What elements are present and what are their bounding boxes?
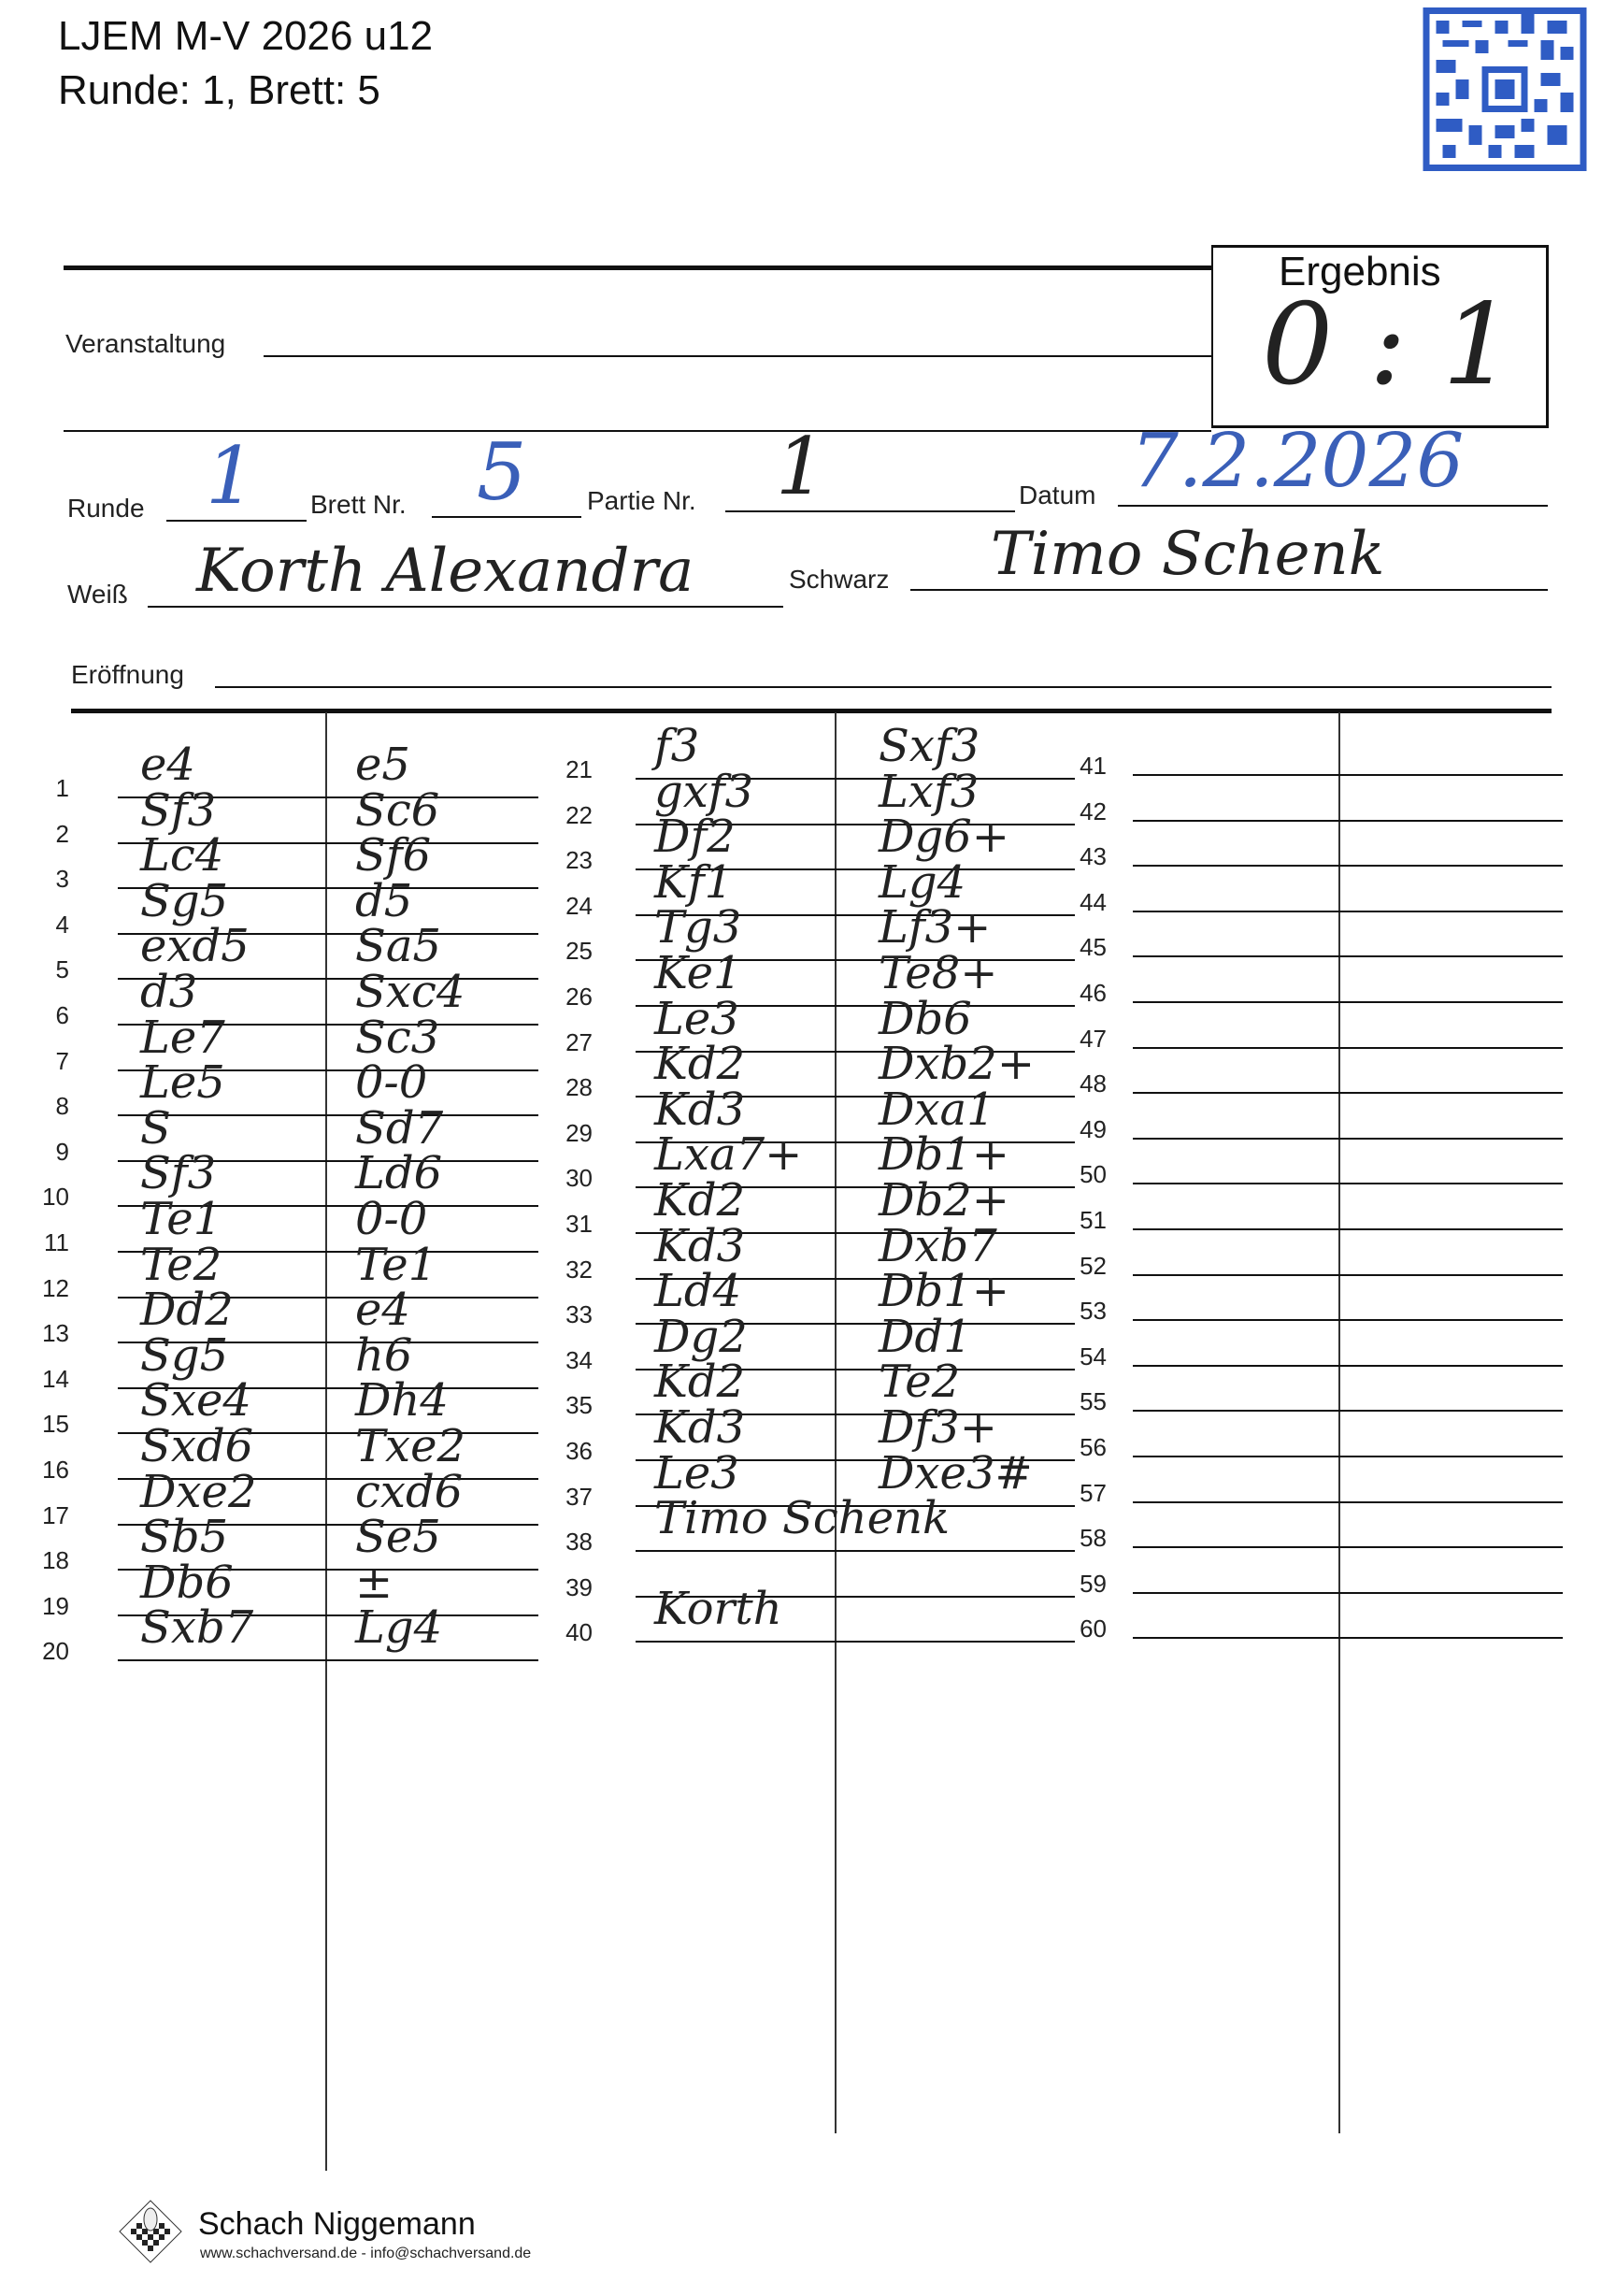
white-move[interactable]: Ld4 [654,1265,741,1317]
white-move[interactable]: Sxd6 [140,1420,253,1472]
white-move[interactable]: Lc4 [140,829,223,882]
black-move[interactable]: Te2 [879,1356,960,1408]
black-move[interactable]: Sf6 [355,829,431,882]
white-move[interactable]: Sxb7 [140,1601,253,1654]
col-sep-2 [835,712,837,2133]
black-move[interactable]: e5 [355,739,410,791]
black-move[interactable]: Sc3 [355,1012,439,1064]
move-number: 21 [551,755,593,784]
runde-label: Runde [67,494,145,524]
move-number: 23 [551,846,593,875]
move-row-line[interactable] [1133,1228,1563,1230]
veranstaltung-field[interactable] [264,355,1211,357]
white-move[interactable]: gxf3 [654,766,753,818]
move-number: 20 [28,1637,69,1666]
move-number: 32 [551,1256,593,1284]
white-move[interactable]: Sg5 [140,875,228,927]
move-number: 26 [551,983,593,1012]
black-move[interactable]: Db6 [879,993,972,1045]
move-row-line[interactable] [1133,1319,1563,1321]
brett-label: Brett Nr. [310,490,407,520]
move-number: 40 [551,1618,593,1647]
white-move[interactable]: Dg2 [654,1311,748,1363]
move-row-line[interactable] [636,1641,1075,1643]
move-number: 42 [1066,797,1107,826]
black-move[interactable]: Dd1 [879,1311,972,1363]
qr-code-icon [1421,7,1589,171]
black-move[interactable]: 0-0 [355,1193,427,1245]
move-number: 10 [28,1183,69,1212]
white-move[interactable]: S [140,1102,171,1155]
move-number: 5 [28,955,69,984]
move-number: 30 [551,1164,593,1193]
runde-value: 1 [206,430,255,522]
white-move[interactable]: Timo Schenk [654,1492,950,1544]
move-number: 55 [1066,1387,1107,1416]
move-number: 58 [1066,1524,1107,1553]
move-number: 59 [1066,1570,1107,1599]
move-number: 15 [28,1410,69,1439]
move-row-line[interactable] [1133,1592,1563,1594]
white-move[interactable]: Lxa7+ [654,1128,802,1181]
partie-field[interactable] [725,510,1015,512]
white-move[interactable]: Dd2 [140,1284,234,1336]
white-move[interactable]: d3 [140,966,197,1018]
white-move[interactable]: Le3 [654,993,739,1045]
white-move[interactable]: Kd2 [654,1174,745,1227]
black-move[interactable]: e4 [355,1284,410,1336]
white-move[interactable]: Le5 [140,1056,225,1109]
datum-value: 7.2.2026 [1131,417,1464,504]
partie-value: 1 [776,421,825,512]
move-number: 33 [551,1300,593,1329]
black-move[interactable]: Sa5 [355,920,441,972]
move-number: 24 [551,892,593,921]
white-move[interactable]: Le7 [140,1012,225,1064]
white-move[interactable]: Kd2 [654,1038,745,1090]
black-move[interactable]: Dxa1 [879,1083,995,1136]
white-move[interactable]: e4 [140,739,195,791]
move-number: 49 [1066,1115,1107,1144]
white-move[interactable]: f3 [654,720,699,772]
black-move[interactable]: Df3+ [879,1401,997,1454]
weiss-field[interactable] [148,606,783,608]
white-move[interactable]: Sb5 [140,1511,228,1563]
white-move[interactable]: Sxe4 [140,1374,251,1427]
white-move[interactable]: Kf1 [654,856,733,909]
move-row-line[interactable] [1133,1637,1563,1639]
result-value[interactable]: 0 : 1 [1262,280,1513,410]
white-move[interactable]: Sf3 [140,784,216,837]
black-move[interactable]: Te8+ [879,947,997,999]
black-move[interactable]: Sc6 [355,784,439,837]
black-move[interactable]: Txe2 [355,1420,465,1472]
move-number: 50 [1066,1160,1107,1189]
move-number: 38 [551,1528,593,1557]
move-number: 57 [1066,1479,1107,1508]
move-number: 7 [28,1047,69,1076]
move-number: 43 [1066,842,1107,871]
white-move[interactable]: Dxe2 [140,1466,257,1518]
white-move[interactable]: Kd3 [654,1220,745,1272]
move-number: 19 [28,1592,69,1621]
black-move[interactable]: Lg4 [355,1601,442,1654]
black-move[interactable]: d5 [355,875,412,927]
move-number: 13 [28,1319,69,1348]
move-number: 28 [551,1073,593,1102]
move-number: 60 [1066,1614,1107,1643]
black-move[interactable]: Dg6+ [879,811,1009,863]
black-move[interactable]: 0-0 [355,1056,427,1109]
white-move[interactable]: Ke1 [654,947,742,999]
black-move[interactable]: Db1+ [879,1128,1009,1181]
black-move[interactable]: cxd6 [355,1466,463,1518]
black-move[interactable]: h6 [355,1329,412,1382]
move-number: 29 [551,1119,593,1148]
header-rule-top [64,265,1211,270]
move-number: 25 [551,937,593,966]
move-row-line[interactable] [1133,1047,1563,1049]
moves-top-rule [71,709,1552,713]
move-row-line[interactable] [1133,1001,1563,1003]
black-move[interactable]: Dxe3# [879,1447,1033,1500]
black-move[interactable]: Lxf3 [879,766,979,818]
white-move[interactable]: Te1 [140,1193,222,1245]
col-sep-3 [1338,712,1340,2133]
black-move[interactable]: Lf3+ [879,901,991,954]
black-move[interactable]: Sxc4 [355,966,465,1018]
move-number: 36 [551,1437,593,1466]
move-number: 48 [1066,1069,1107,1098]
move-number: 1 [28,774,69,803]
black-move[interactable]: Db1+ [879,1265,1009,1317]
move-number: 54 [1066,1342,1107,1371]
move-row-line[interactable] [1133,820,1563,822]
black-move[interactable]: Dxb2+ [879,1038,1035,1090]
move-number: 14 [28,1365,69,1394]
move-number: 3 [28,865,69,894]
move-number: 27 [551,1028,593,1057]
move-number: 53 [1066,1297,1107,1326]
schwarz-label: Schwarz [789,565,889,595]
move-number: 46 [1066,979,1107,1008]
move-number: 9 [28,1138,69,1167]
move-number: 37 [551,1483,593,1512]
move-row-line[interactable] [636,1550,1075,1552]
eroeffnung-label: Eröffnung [71,660,184,690]
move-row-line[interactable] [1133,1274,1563,1276]
move-number: 8 [28,1092,69,1121]
chess-king-logo-icon [118,2199,183,2264]
white-move[interactable]: Te2 [140,1239,222,1291]
move-number: 31 [551,1210,593,1239]
veranstaltung-label: Veranstaltung [65,329,225,359]
weiss-value: Korth Alexandra [196,537,694,606]
move-number: 35 [551,1391,593,1420]
white-move[interactable]: Db6 [140,1557,234,1609]
white-move[interactable]: Kd2 [654,1356,745,1408]
black-move[interactable]: Sd7 [355,1102,443,1155]
move-row-line[interactable] [1133,774,1563,776]
brand-contact[interactable]: www.schachversand.de - info@schachversan… [200,2246,531,2262]
move-number: 44 [1066,888,1107,917]
white-move[interactable]: Kd3 [654,1083,745,1136]
move-row-line[interactable] [1133,911,1563,912]
black-move[interactable]: Se5 [355,1511,441,1563]
move-row-line[interactable] [1133,1365,1563,1367]
move-row-line[interactable] [1133,1092,1563,1094]
move-row-line[interactable] [1133,1456,1563,1457]
move-row-line[interactable] [1133,1138,1563,1140]
col-sep-1 [325,712,327,2171]
datum-label: Datum [1019,481,1095,510]
move-row-line[interactable] [1133,1501,1563,1503]
black-move[interactable]: Db2+ [879,1174,1009,1227]
black-move[interactable]: Sxf3 [879,720,980,772]
move-number: 4 [28,911,69,940]
move-number: 47 [1066,1025,1107,1054]
black-move[interactable]: Ld6 [355,1147,442,1199]
brand-name: Schach Niggemann [198,2206,476,2243]
move-number: 2 [28,820,69,849]
round-board-info: Runde: 1, Brett: 5 [58,67,380,114]
white-move[interactable]: Tg3 [654,901,741,954]
move-row-line[interactable] [1133,1183,1563,1184]
white-move[interactable]: Korth [654,1583,782,1635]
move-number: 34 [551,1346,593,1375]
move-number: 45 [1066,933,1107,962]
brett-value: 5 [477,426,526,518]
move-row-line[interactable] [1133,955,1563,957]
move-number: 41 [1066,752,1107,781]
move-row-line[interactable] [1133,1410,1563,1412]
move-row-line[interactable] [118,1114,538,1116]
move-number: 17 [28,1501,69,1530]
weiss-label: Weiß [67,580,128,610]
move-number: 16 [28,1456,69,1485]
move-row-line[interactable] [1133,865,1563,867]
eroeffnung-field[interactable] [215,686,1552,688]
move-number: 39 [551,1573,593,1602]
move-number: 51 [1066,1206,1107,1235]
white-move[interactable]: Sf3 [140,1147,216,1199]
move-row-line[interactable] [118,1659,538,1661]
white-move[interactable]: Df2 [654,811,736,863]
move-number: 18 [28,1546,69,1575]
schwarz-value: Timo Schenk [991,520,1385,589]
white-move[interactable]: Le3 [654,1447,739,1500]
event-title: LJEM M-V 2026 u12 [58,13,433,60]
black-move[interactable]: Te1 [355,1239,436,1291]
white-move[interactable]: exd5 [140,920,250,972]
schwarz-field[interactable] [910,589,1548,591]
move-number: 6 [28,1001,69,1030]
partie-label: Partie Nr. [587,486,696,516]
move-number: 22 [551,801,593,830]
black-move[interactable]: Lg4 [879,856,965,909]
move-number: 11 [28,1228,69,1257]
black-move[interactable]: Dxb7 [879,1220,997,1272]
white-move[interactable]: Sg5 [140,1329,228,1382]
move-number: 52 [1066,1252,1107,1281]
datum-field[interactable] [1118,505,1548,507]
move-number: 56 [1066,1433,1107,1462]
white-move[interactable]: Kd3 [654,1401,745,1454]
move-row-line[interactable] [1133,1546,1563,1548]
black-move[interactable]: ± [355,1557,393,1609]
move-number: 12 [28,1274,69,1303]
black-move[interactable]: Dh4 [355,1374,449,1427]
